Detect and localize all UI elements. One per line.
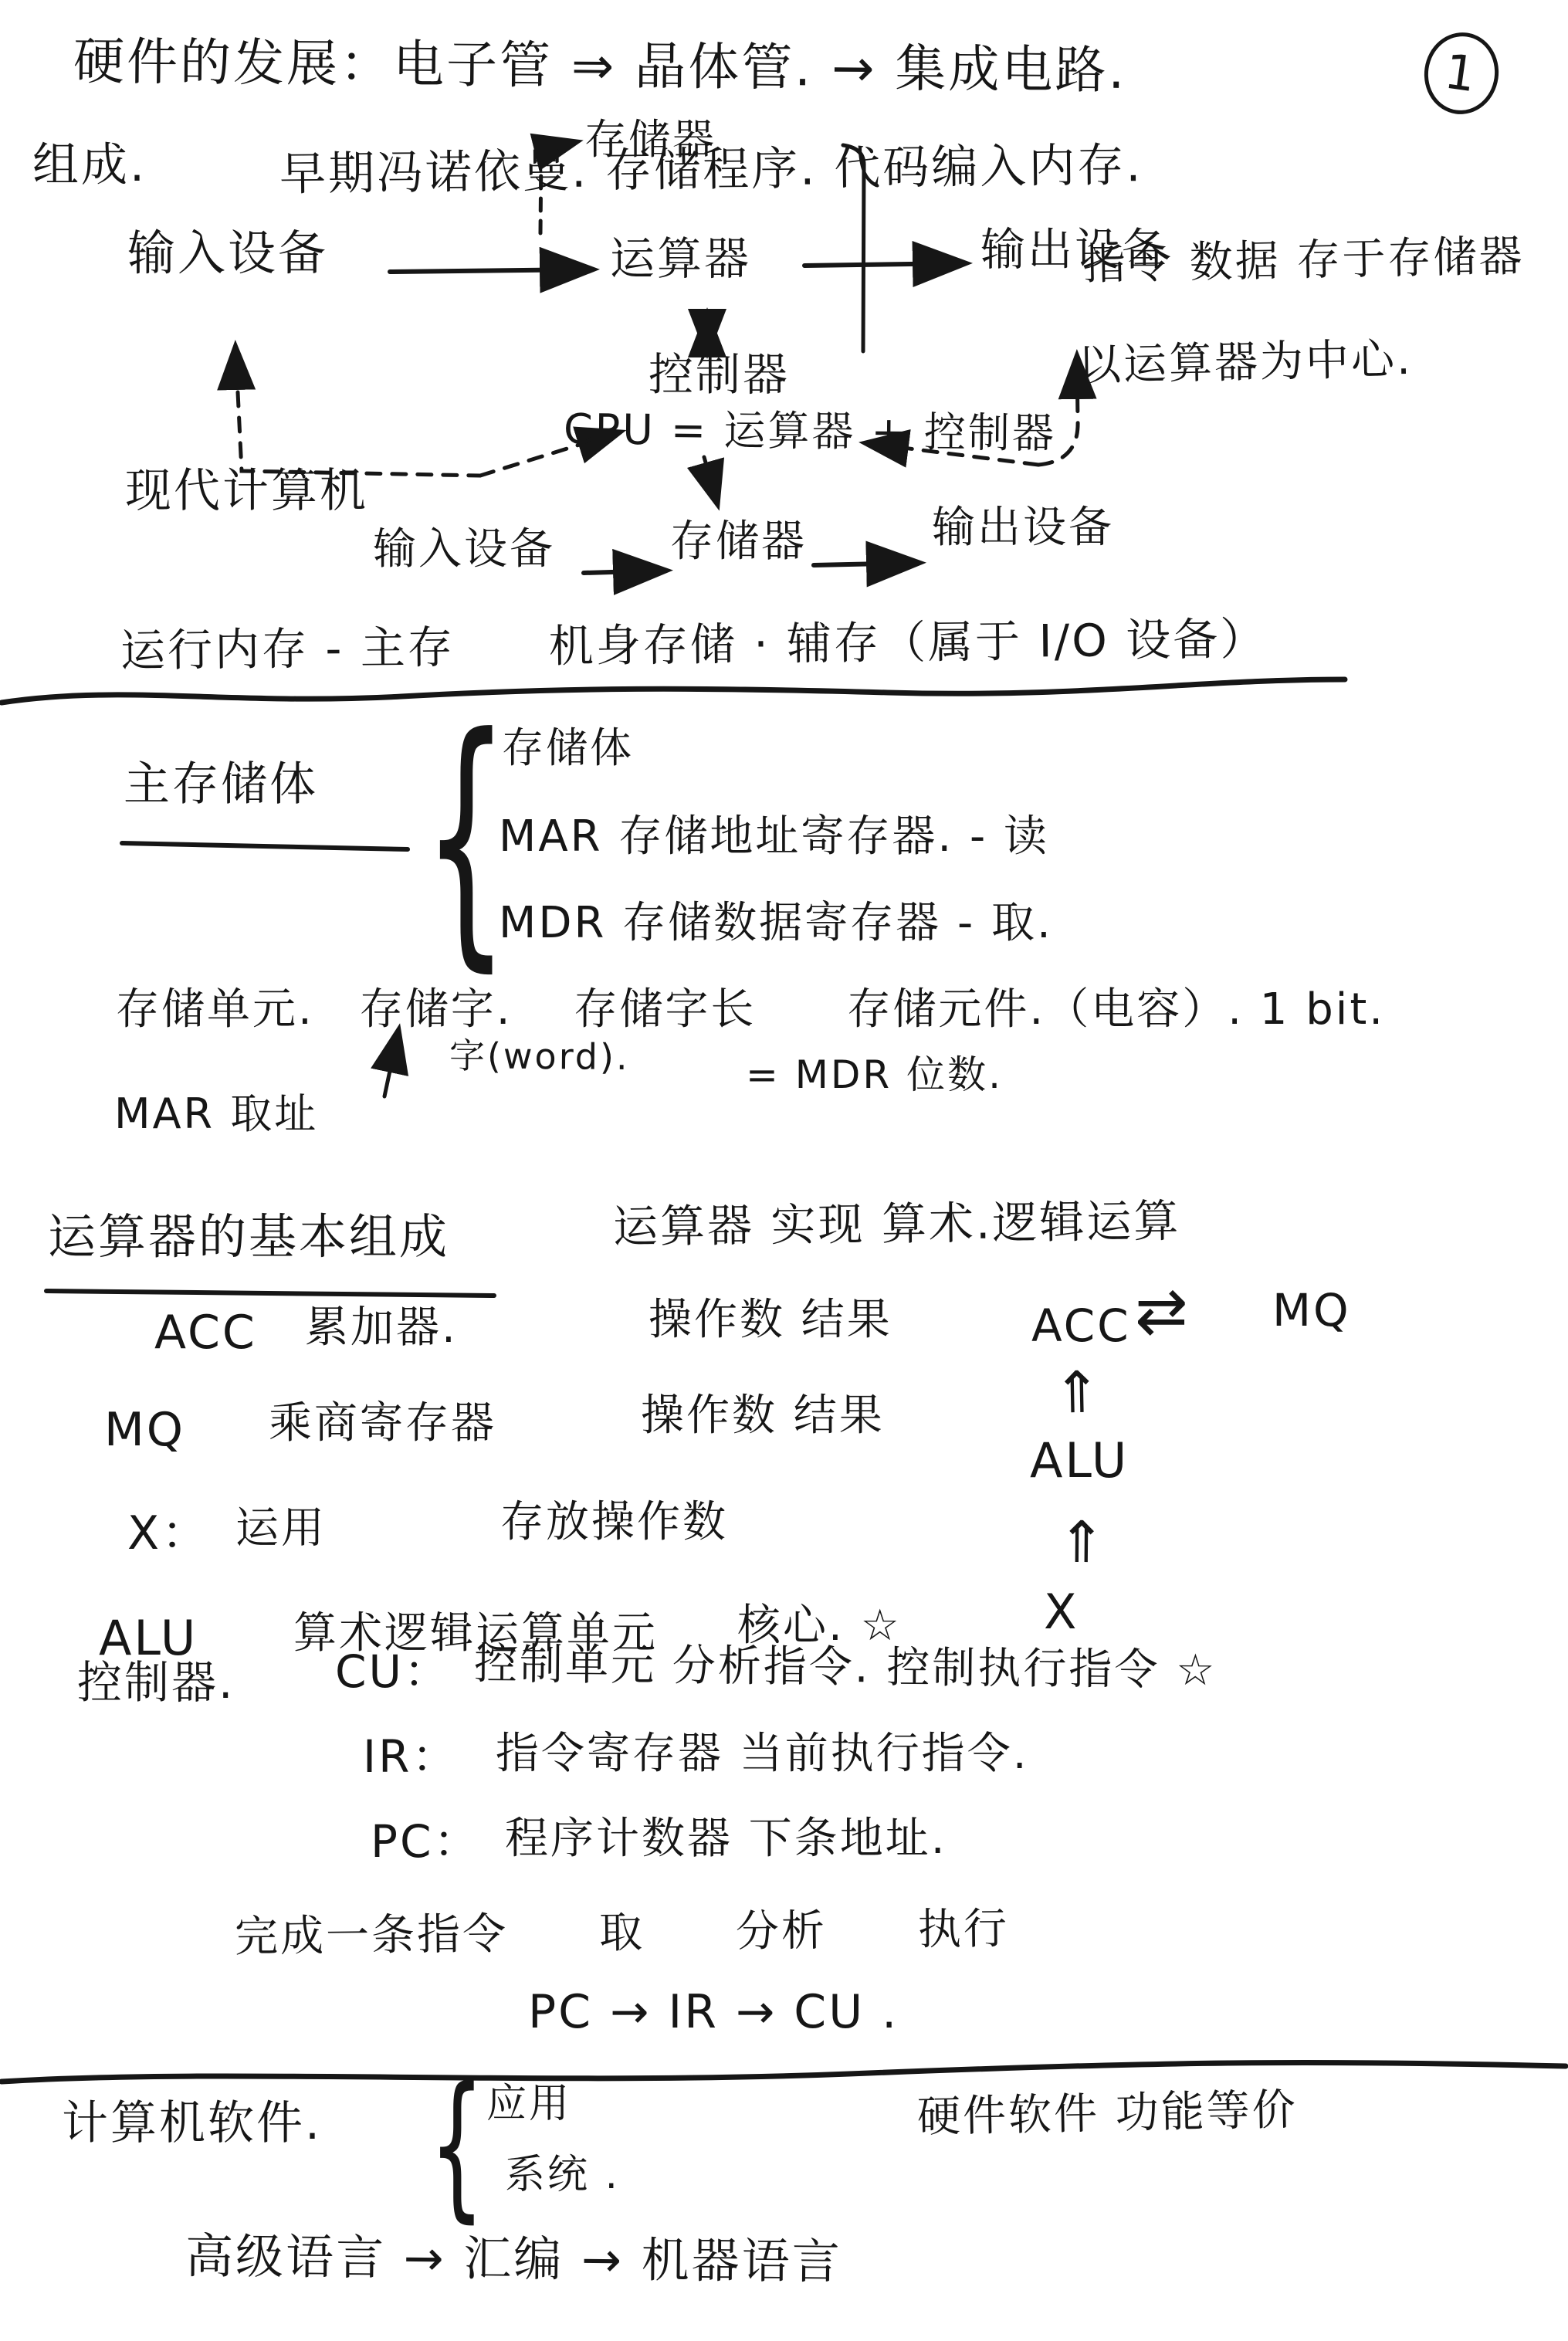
control-row-pc-name: PC：	[371, 1816, 480, 1868]
software-section-label: 计算机软件.	[62, 2097, 322, 2150]
page-number: 1	[1419, 28, 1504, 119]
note-hw-sw-equivalence: 硬件软件 功能等价	[916, 2085, 1298, 2143]
diagram-x-label: X	[1044, 1584, 1079, 1639]
double-up-arrow-icon-1: ⇑	[1052, 1360, 1104, 1426]
software-application-label: 应用	[486, 2082, 571, 2128]
arrow-up-into-input-device	[235, 347, 236, 385]
double-up-arrow-icon-2: ⇑	[1058, 1510, 1109, 1577]
control-row-cu-name: CU：	[335, 1646, 451, 1698]
main-memory-item-mar: MAR 存储地址寄存器. - 读	[499, 812, 1049, 862]
early-controller-label: 控制器	[649, 349, 790, 401]
double-horizontal-arrow-icon: ⇄	[1135, 1276, 1190, 1348]
alu-row-x-name: X：	[127, 1507, 210, 1560]
diagram-acc-label: ACC	[1031, 1300, 1131, 1352]
diagram-mq-label: MQ	[1272, 1285, 1351, 1337]
divider-line-2	[2, 2062, 1566, 2082]
alu-row-mq-extra: 操作数 结果	[641, 1391, 885, 1441]
main-memory-item-bank: 存储体	[502, 724, 634, 772]
cpu-formula: CPU = 运算器 + 控制器	[564, 405, 1056, 458]
note-mar-address: MAR 取址	[114, 1090, 318, 1138]
alu-section-title: 运算器的基本组成	[48, 1209, 449, 1264]
alu-row-acc-name: ACC	[154, 1306, 257, 1360]
note-alu-centered: 以运算器为中心.	[1077, 335, 1413, 391]
underline-alu-title	[46, 1291, 494, 1296]
arrow-alu-to-output	[804, 263, 963, 266]
line-ram-mainmem: 运行内存 - 主存 机身存储 · 辅存（属于 I/O 设备）	[120, 613, 1268, 676]
control-row-cu-desc: 控制单元 分析指令. 控制执行指令 ☆	[474, 1640, 1217, 1696]
line-complete-instruction: 完成一条指令 取 分析 执行	[235, 1905, 1010, 1963]
main-memory-label: 主存储体	[124, 758, 318, 811]
composition-label: 组成.	[32, 139, 147, 192]
divider-line-1	[2, 679, 1345, 703]
underline-main-memory	[122, 843, 408, 849]
software-system-label: 系统 .	[505, 2153, 620, 2199]
modern-output-device-label: 输出设备	[932, 503, 1114, 553]
notebook-page: 硬件的发展：电子管 ⇒ 晶体管. → 集成电路. 1 组成. 早期冯诺依曼. 存…	[0, 0, 1568, 2341]
controller-section-label: 控制器.	[77, 1657, 235, 1709]
flow-pc-ir-cu: PC → IR → CU .	[528, 1986, 899, 2039]
arrow-cpu-down-to-memory	[704, 457, 717, 503]
modern-memory-label: 存储器	[670, 517, 807, 567]
early-memory-label: 存储器	[584, 116, 716, 164]
note-mdr-bits: = MDR 位数.	[746, 1053, 1003, 1098]
alu-row-x-extra: 存放操作数	[500, 1498, 728, 1547]
modern-input-device-label: 输入设备	[373, 525, 555, 574]
modern-computer-label: 现代计算机	[125, 465, 368, 518]
alu-row-acc-extra: 操作数 结果	[649, 1296, 892, 1345]
control-row-pc-desc: 程序计数器 下条地址.	[505, 1814, 947, 1864]
line-language-levels: 高级语言 → 汇编 → 机器语言	[185, 2228, 842, 2289]
arrow-modern-memory-to-output	[814, 563, 917, 565]
alu-section-subtitle: 运算器 实现 算术.逻辑运算	[613, 1195, 1181, 1252]
alu-row-mq-desc: 乘商寄存器	[269, 1399, 496, 1448]
note-instruction-data: 指令 数据 存于存储器	[1082, 232, 1525, 290]
arrow-mar-to-word	[384, 1031, 398, 1096]
arrow-modern-input-to-memory	[584, 571, 664, 573]
control-row-ir-name: IR：	[363, 1731, 459, 1783]
arrow-input-to-alu	[390, 269, 591, 272]
early-alu-label: 运算器	[610, 233, 751, 285]
main-memory-brace: {	[423, 709, 509, 966]
note-word: 字(word).	[449, 1035, 630, 1078]
alu-row-acc-desc: 累加器.	[305, 1303, 458, 1353]
line-storage-unit: 存储单元. 存储字. 存储字长 存储元件.（电容）. 1 bit.	[116, 985, 1385, 1035]
early-input-device-label: 输入设备	[127, 225, 328, 280]
main-memory-item-mdr: MDR 存储数据寄存器 - 取.	[499, 899, 1053, 948]
alu-row-x-desc: 运用	[235, 1504, 327, 1553]
dashed-line-bottom-left	[238, 392, 480, 476]
diagram-alu-label: ALU	[1030, 1433, 1129, 1488]
control-row-ir-desc: 指令寄存器 当前执行指令.	[496, 1729, 1029, 1779]
software-brace: {	[429, 2071, 485, 2221]
alu-row-mq-name: MQ	[104, 1404, 185, 1457]
line-hardware-development: 硬件的发展：电子管 ⇒ 晶体管. → 集成电路.	[73, 32, 1127, 100]
